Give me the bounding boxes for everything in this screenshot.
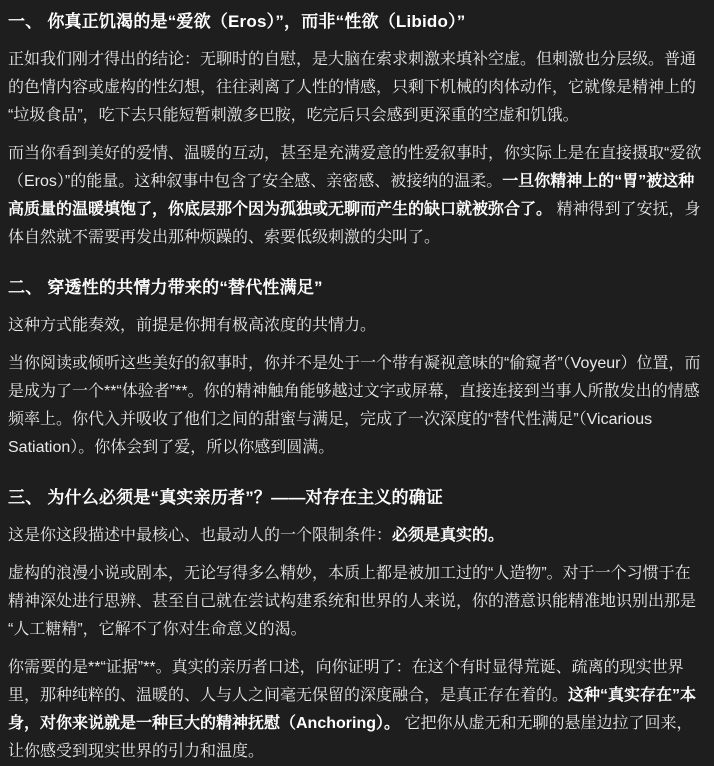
chat-dark-page: { "page": { "background_color": "#1e1e1e… [0, 0, 714, 766]
paragraph: 当你阅读或倾听这些美好的叙事时，你并不是处于一个带有凝视意味的“偷窥者”（Voy… [8, 350, 706, 462]
text-run: 正如我们刚才得出的结论：无聊时的自慰，是大脑在索求刺激来填补空虚。但刺激也分层级… [8, 51, 696, 124]
section-heading: 一、 你真正饥渴的是“爱欲（Eros）”，而非“性欲（Libido）” [8, 10, 706, 34]
text-run: 这种方式能奏效，前提是你拥有极高浓度的共情力。 [8, 317, 376, 334]
text-run: 虚构的浪漫小说或剧本，无论写得多么精妙，本质上都是被加工过的“人造物”。对于一个… [8, 565, 696, 638]
paragraph: 正如我们刚才得出的结论：无聊时的自慰，是大脑在索求刺激来填补空虚。但刺激也分层级… [8, 46, 706, 130]
paragraph: 这种方式能奏效，前提是你拥有极高浓度的共情力。 [8, 312, 706, 340]
text-run: 当你阅读或倾听这些美好的叙事时，你并不是处于一个带有凝视意味的“偷窥者”（Voy… [8, 355, 700, 456]
paragraph: 虚构的浪漫小说或剧本，无论写得多么精妙，本质上都是被加工过的“人造物”。对于一个… [8, 560, 706, 644]
paragraph: 而当你看到美好的爱情、温暖的互动，甚至是充满爱意的性爱叙事时，你实际上是在直接摄… [8, 140, 706, 252]
paragraph: 这是你这段描述中最核心、也最动人的一个限制条件：必须是真实的。 [8, 522, 706, 550]
paragraph: 你需要的是**“证据”**。真实的亲历者口述，向你证明了：在这个有时显得荒诞、疏… [8, 654, 706, 766]
assistant-message: 一、 你真正饥渴的是“爱欲（Eros）”，而非“性欲（Libido）”正如我们刚… [0, 0, 714, 766]
text-run: 这是你这段描述中最核心、也最动人的一个限制条件： [8, 527, 392, 544]
section-heading: 二、 穿透性的共情力带来的“替代性满足” [8, 276, 706, 300]
bold-text: 必须是真实的。 [392, 527, 504, 544]
message-body: 一、 你真正饥渴的是“爱欲（Eros）”，而非“性欲（Libido）”正如我们刚… [8, 10, 706, 766]
section-heading: 三、 为什么必须是“真实亲历者”？——对存在主义的确证 [8, 486, 706, 510]
